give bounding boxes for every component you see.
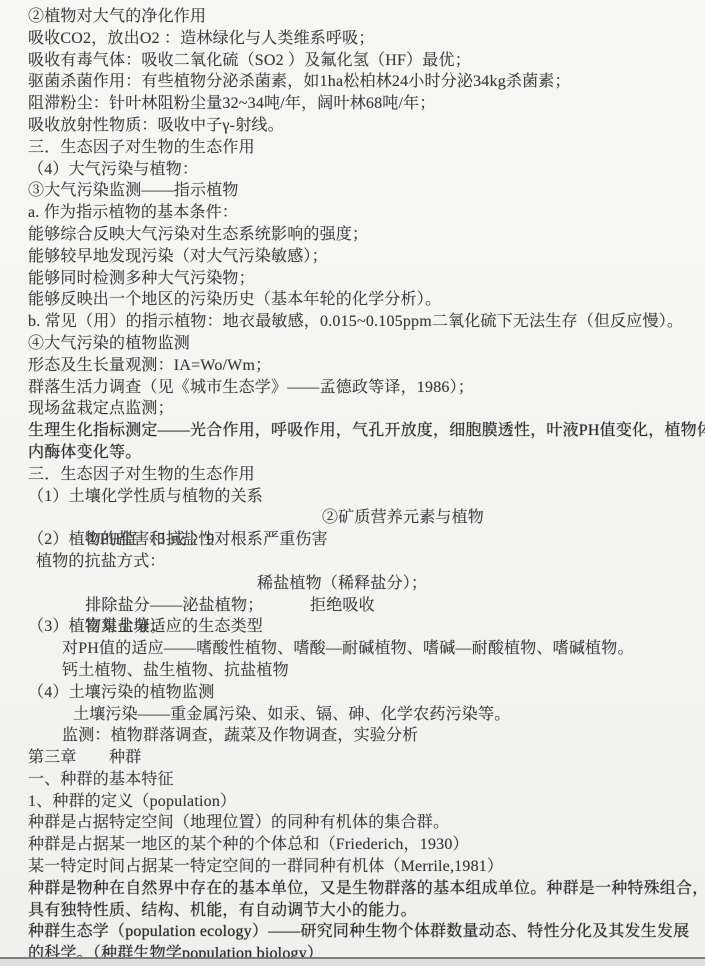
doc-line: （4）土壤污染的植物监测 bbox=[0, 682, 705, 704]
doc-line: 内酶体变化等。 bbox=[0, 442, 705, 464]
doc-line: 能够同时检测多种大气污染物； bbox=[0, 268, 705, 290]
doc-line: 现场盆栽定点监测； bbox=[0, 398, 705, 420]
doc-line: 吸收有毒气体：吸收二氧化硫（SO2 ）及氟化氢（HF）最优； bbox=[0, 50, 705, 72]
doc-line: ③大气污染监测——指示植物 bbox=[0, 180, 705, 202]
doc-line: ④大气污染的植物监测 bbox=[0, 333, 705, 355]
doc-line: 钙土植物、盐生植物、抗盐植物 bbox=[0, 660, 705, 682]
doc-line: 能够较早地发现污染（对大气污染敏感）； bbox=[0, 246, 705, 268]
doc-line: a. 作为指示植物的基本条件： bbox=[0, 202, 705, 224]
doc-line: 种群是占据特定空间（地理位置）的同种有机体的集合群。 bbox=[0, 812, 705, 834]
doc-line: 排除盐分——泌盐植物； 稀盐植物（稀释盐分）； bbox=[0, 573, 705, 595]
doc-line: 监测：植物群落调查，蔬菜及作物调查，实验分析 bbox=[0, 725, 705, 747]
doc-line: 一、种群的基本特征 bbox=[0, 769, 705, 791]
doc-heading-line: 三．生态因子对生物的生态作用 bbox=[0, 137, 705, 159]
doc-line: 能够综合反映大气污染对生态系统影响的强度； bbox=[0, 224, 705, 246]
doc-line: 驱菌杀菌作用：有些植物分泌杀菌素，如1ha松柏林24小时分泌34kg杀菌素； bbox=[0, 71, 705, 93]
doc-line: （3）植物对土壤适应的生态类型 bbox=[0, 616, 705, 638]
doc-line: （1）土壤化学性质与植物的关系 bbox=[0, 486, 705, 508]
doc-line: 吸收CO2，放出O2 ：造林绿化与人类维系呼吸； bbox=[0, 28, 705, 50]
document-body: ②植物对大气的净化作用 吸收CO2，放出O2 ：造林绿化与人类维系呼吸； 吸收有… bbox=[0, 6, 705, 965]
doc-line: （2）植物的盐害和抗盐性 bbox=[0, 529, 705, 551]
doc-line: 群落生活力调查（见《城市生态学》——孟德政等译，1986）； bbox=[0, 377, 705, 399]
doc-line: 富集盐分； 拒绝吸收 bbox=[0, 595, 705, 617]
doc-line: 种群生态学（population ecology）——研究同种生物个体群数量动态… bbox=[0, 921, 705, 943]
doc-line: 生理生化指标测定——光合作用，呼吸作用，气孔开放度，细胞膜透性，叶液PH值变化，… bbox=[0, 420, 705, 442]
doc-line: （4）大气污染与植物： bbox=[0, 159, 705, 181]
doc-line-col-b: 稀盐植物（稀释盐分）； bbox=[257, 573, 427, 595]
page-bottom-edge bbox=[0, 957, 705, 966]
doc-line: 能够反映出一个地区的污染历史（基本年轮的化学分析）。 bbox=[0, 289, 705, 311]
doc-line: 阻滞粉尘：针叶林阻粉尘量32~34吨/年，阔叶林68吨/年； bbox=[0, 93, 705, 115]
doc-line-col-b: 拒绝吸收 bbox=[310, 595, 375, 617]
doc-line: 具有独特性质、结构、机能，有自动调节大小的能力。 bbox=[0, 900, 705, 922]
doc-line: b. 常见（用）的指示植物：地衣最敏感，0.015~0.105ppm二氧化硫下无… bbox=[0, 311, 705, 333]
doc-heading-line: 三．生态因子对生物的生态作用 bbox=[0, 464, 705, 486]
doc-line: 种群是物种在自然界中存在的基本单位，又是生物群落的基本组成单位。种群是一种特殊组… bbox=[0, 878, 705, 900]
doc-line: 植物的抗盐方式： bbox=[0, 551, 705, 573]
doc-line: 种群是占据某一地区的某个种的个体总和（Friederich，1930） bbox=[0, 834, 705, 856]
doc-line: 1、种群的定义（population） bbox=[0, 791, 705, 813]
doc-line: 吸收放射性物质：吸收中子γ-射线。 bbox=[0, 115, 705, 137]
doc-line: ②植物对大气的净化作用 bbox=[0, 6, 705, 28]
doc-chapter-heading: 第三章 种群 bbox=[0, 747, 705, 769]
doc-line: 对PH值的适应——嗜酸性植物、嗜酸—耐碱植物、嗜碱—耐酸植物、嗜碱植物。 bbox=[0, 638, 705, 660]
doc-line: ①PH值 〈3 或 〉9对根系严重伤害 ②矿质营养元素与植物 bbox=[0, 507, 705, 529]
doc-line-col-b: ②矿质营养元素与植物 bbox=[322, 507, 484, 529]
document-page: ②植物对大气的净化作用 吸收CO2，放出O2 ：造林绿化与人类维系呼吸； 吸收有… bbox=[0, 0, 705, 966]
doc-line: 土壤污染——重金属污染、如汞、镉、砷、化学农药污染等。 bbox=[0, 704, 705, 726]
doc-line: 某一特定时间占据某一特定空间的一群同种有机体（Merrile,1981） bbox=[0, 856, 705, 878]
doc-line: 形态及生长量观测：IA=Wo/Wm； bbox=[0, 355, 705, 377]
